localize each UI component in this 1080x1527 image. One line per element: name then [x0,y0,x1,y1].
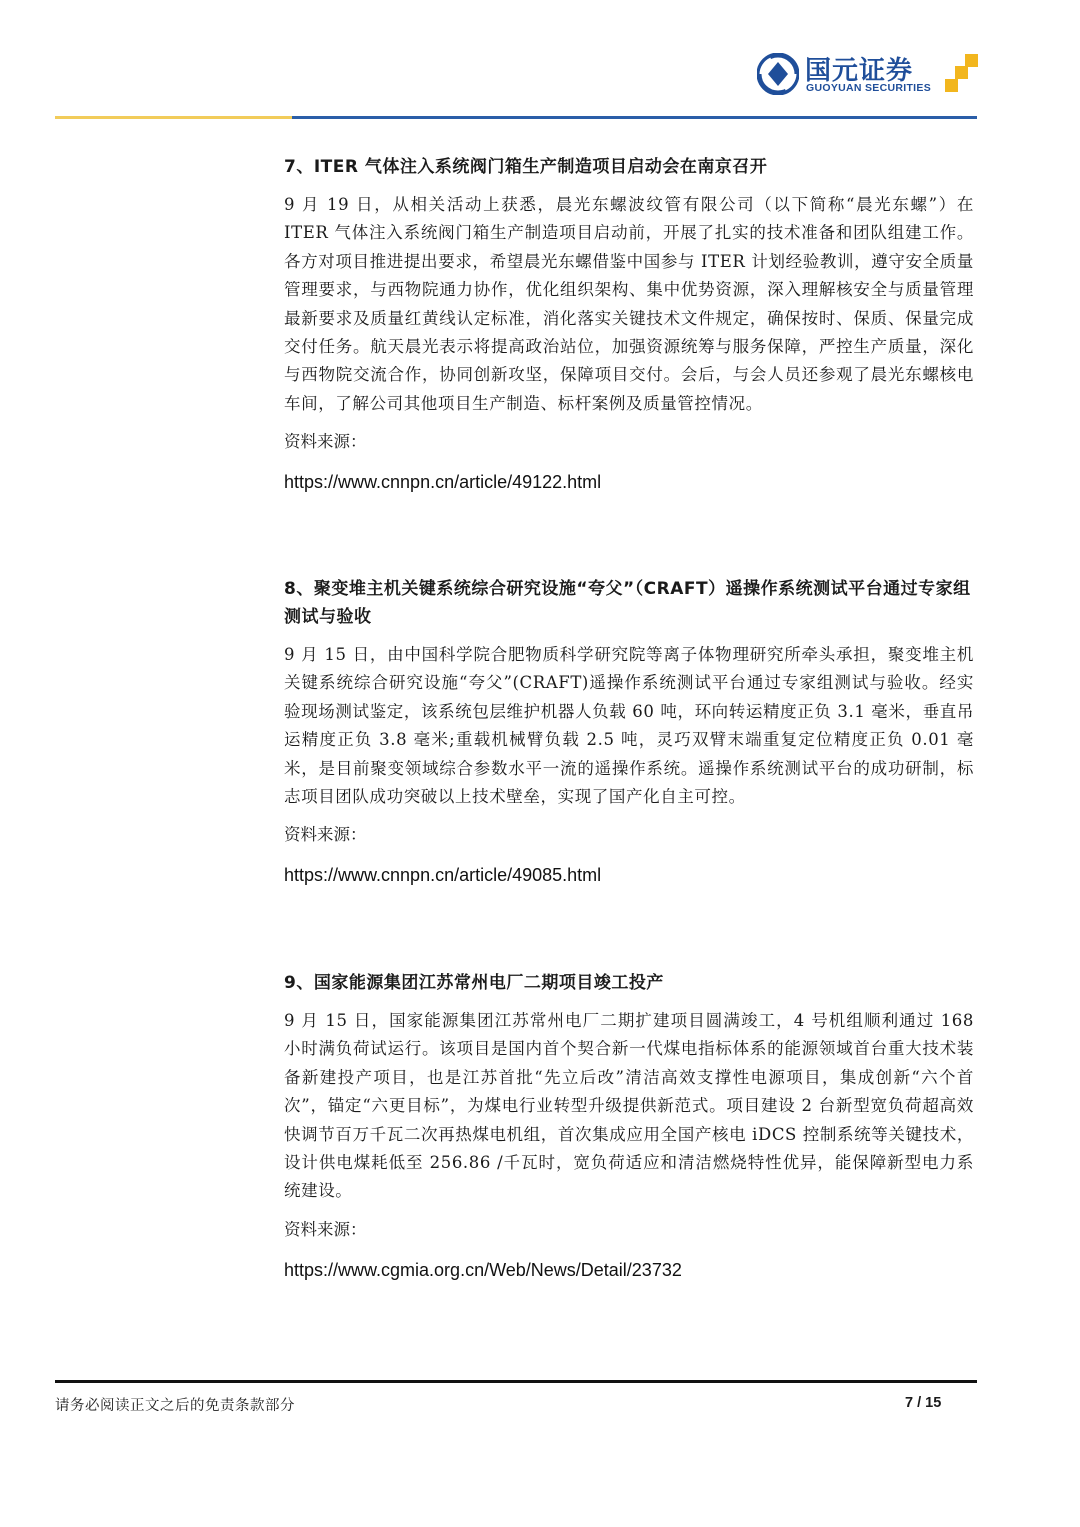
news-title: 8、聚变堆主机关键系统综合研究设施“夸父”（CRAFT）遥操作系统测试平台通过专… [284,575,974,631]
gold-squares-icon [943,54,979,94]
company-logo: 国元证券 GUOYUAN SECURITIES [757,50,987,100]
news-title: 9、国家能源集团江苏常州电厂二期项目竣工投产 [284,969,974,997]
logo-name-en: GUOYUAN SECURITIES [806,82,931,94]
source-link[interactable]: https://www.cnnpn.cn/article/49085.html [284,861,974,889]
news-item-9: 9、国家能源集团江苏常州电厂二期项目竣工投产 9 月 15 日，国家能源集团江苏… [284,969,974,1284]
source-label: 资料来源： [284,1216,974,1244]
news-body: 9 月 15 日，国家能源集团江苏常州电厂二期扩建项目圆满竣工，4 号机组顺利通… [284,1007,974,1206]
page-number: 7 / 15 [905,1395,941,1411]
source-label: 资料来源： [284,821,974,849]
source-link[interactable]: https://www.cgmia.org.cn/Web/News/Detail… [284,1256,974,1284]
header-divider-blue [292,116,977,119]
source-label: 资料来源： [284,428,974,456]
disclaimer-note: 请务必阅读正文之后的免责条款部分 [55,1394,295,1415]
news-item-7: 7、ITER 气体注入系统阀门箱生产制造项目启动会在南京召开 9 月 19 日，… [284,153,974,496]
guoyuan-logo-icon [757,53,799,95]
source-link[interactable]: https://www.cnnpn.cn/article/49122.html [284,468,974,496]
header-divider [55,116,977,119]
footer-divider [55,1380,977,1383]
news-item-8: 8、聚变堆主机关键系统综合研究设施“夸父”（CRAFT）遥操作系统测试平台通过专… [284,575,974,889]
news-title: 7、ITER 气体注入系统阀门箱生产制造项目启动会在南京召开 [284,153,974,181]
news-body: 9 月 19 日，从相关活动上获悉，晨光东螺波纹管有限公司（以下简称“晨光东螺”… [284,191,974,418]
header-divider-gold [55,116,292,119]
news-body: 9 月 15 日，由中国科学院合肥物质科学研究院等离子体物理研究所牵头承担，聚变… [284,641,974,811]
